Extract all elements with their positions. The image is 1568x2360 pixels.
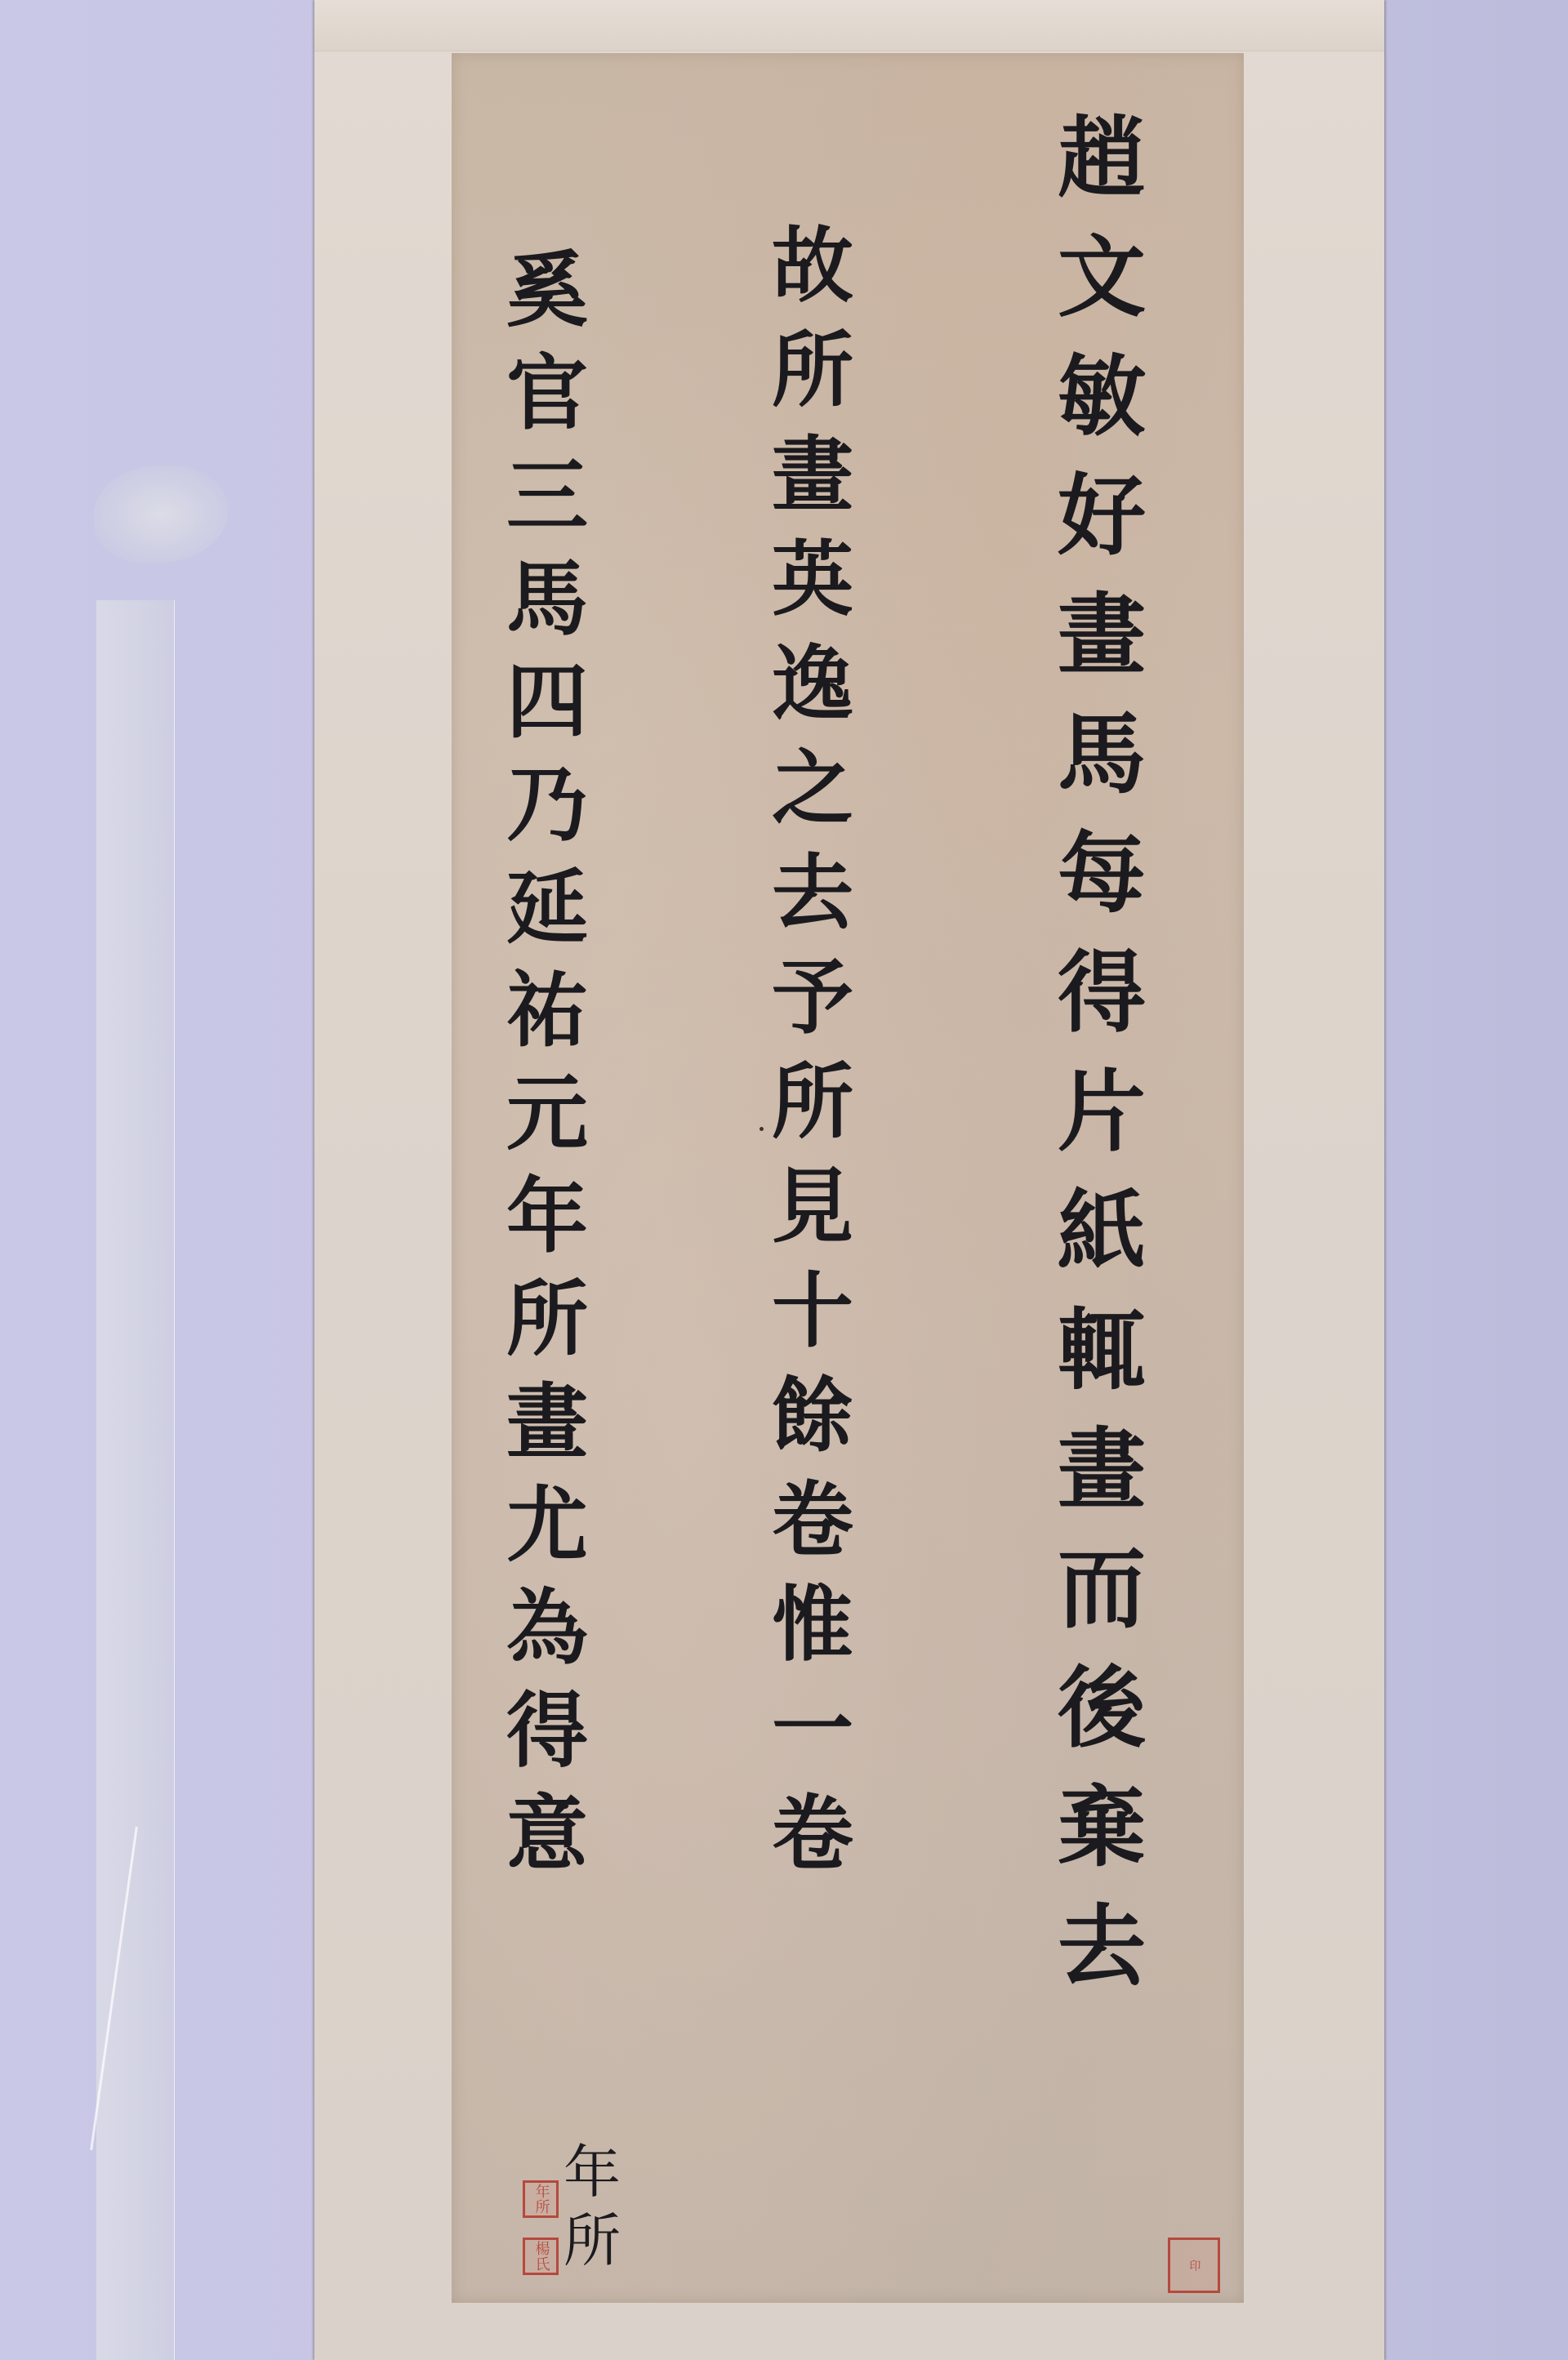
red-seal-stamp: 年所 bbox=[523, 2180, 559, 2218]
character: 敏 bbox=[1058, 353, 1146, 441]
character: 畫 bbox=[506, 1381, 588, 1463]
character: 為 bbox=[506, 1587, 588, 1668]
signature-character: 所 bbox=[563, 2212, 621, 2269]
calligraphy-column-left: 奚 官 三 馬 四 乃 延 祐 元 年 所 畫 尤 為 得 意 bbox=[506, 249, 588, 1874]
character: 而 bbox=[1058, 1545, 1146, 1633]
character: 文 bbox=[1058, 234, 1146, 322]
calligraphy-column-middle: 故 所 畫 英 逸 之 去 予 所 見 十 餘 卷 惟 一 卷 bbox=[772, 225, 853, 1874]
character: 畫 bbox=[1058, 1426, 1146, 1514]
character: 惟 bbox=[772, 1583, 853, 1665]
mount-top-fold bbox=[314, 0, 1384, 51]
artist-signature: 年 所 bbox=[563, 2144, 621, 2269]
character: 棄 bbox=[1058, 1783, 1146, 1872]
character: 乃 bbox=[506, 764, 588, 845]
signature-character: 年 bbox=[563, 2144, 621, 2201]
character: 得 bbox=[1058, 949, 1146, 1037]
character: 畫 bbox=[772, 434, 853, 515]
character: 紙 bbox=[1058, 1187, 1146, 1276]
character: 四 bbox=[506, 661, 588, 742]
character: 所 bbox=[772, 1061, 853, 1142]
character: 予 bbox=[772, 956, 853, 1038]
character: 官 bbox=[506, 352, 588, 434]
character: 馬 bbox=[506, 558, 588, 639]
character: 馬 bbox=[1058, 710, 1146, 799]
character: 好 bbox=[1058, 472, 1146, 560]
character: 英 bbox=[772, 538, 853, 620]
character: 三 bbox=[506, 455, 588, 537]
character: 逸 bbox=[772, 643, 853, 724]
character: 一 bbox=[772, 1688, 853, 1770]
character: 卷 bbox=[772, 1792, 853, 1874]
character: 所 bbox=[506, 1278, 588, 1360]
character: 之 bbox=[772, 747, 853, 829]
clear-tape-strip bbox=[96, 600, 175, 2360]
character: 後 bbox=[1058, 1664, 1146, 1752]
character: 意 bbox=[506, 1792, 588, 1874]
character: 所 bbox=[772, 329, 853, 411]
paper-speck bbox=[759, 1127, 764, 1131]
character: 去 bbox=[1058, 1903, 1146, 1991]
character: 見 bbox=[772, 1165, 853, 1247]
character: 年 bbox=[506, 1175, 588, 1257]
red-seal-stamp: 印 bbox=[1168, 2238, 1220, 2293]
character: 元 bbox=[506, 1072, 588, 1154]
character: 奚 bbox=[506, 249, 588, 331]
character: 得 bbox=[506, 1690, 588, 1771]
background-stain bbox=[94, 465, 229, 563]
red-seal-stamp: 楊氏 bbox=[523, 2238, 559, 2275]
character: 畫 bbox=[1058, 591, 1146, 679]
character: 十 bbox=[772, 1270, 853, 1351]
character: 每 bbox=[1058, 830, 1146, 918]
character: 趙 bbox=[1058, 114, 1146, 203]
character: 去 bbox=[772, 852, 853, 933]
character: 故 bbox=[772, 225, 853, 306]
character: 餘 bbox=[772, 1374, 853, 1456]
character: 延 bbox=[506, 866, 588, 948]
character: 尤 bbox=[506, 1484, 588, 1565]
character: 輒 bbox=[1058, 1307, 1146, 1395]
character: 片 bbox=[1058, 1068, 1146, 1156]
character: 卷 bbox=[772, 1479, 853, 1561]
calligraphy-column-right: 趙 文 敏 好 畫 馬 每 得 片 紙 輒 畫 而 後 棄 去 bbox=[1058, 114, 1146, 1991]
character: 祐 bbox=[506, 969, 588, 1051]
